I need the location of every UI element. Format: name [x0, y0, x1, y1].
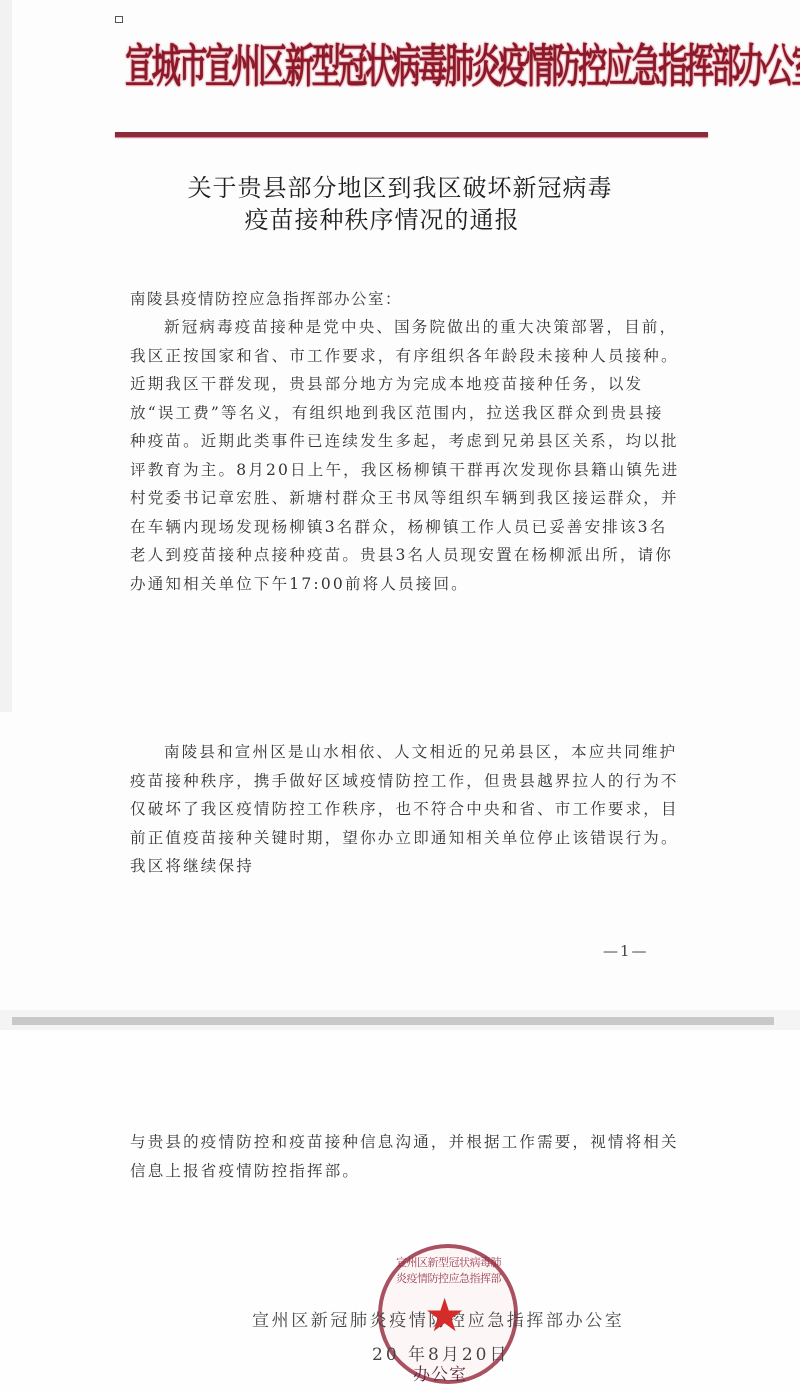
letterhead-red-rule [115, 132, 708, 137]
body-paragraph-1: 新冠病毒疫苗接种是党中央、国务院做出的重大决策部署，目前，我区正按国家和省、市工… [130, 313, 680, 598]
body-paragraph-3: 与贵县的疫情防控和疫苗接种信息沟通，并根据工作需要，视情将相关信息上报省疫情防控… [130, 1128, 680, 1185]
body-paragraph-2: 南陵县和宣州区是山水相依、人文相近的兄弟县区，本应共同维护疫苗接种秩序，携手做好… [130, 738, 680, 881]
star-icon: ★ [424, 1292, 465, 1338]
document-title-line-1: 关于贵县部分地区到我区破坏新冠病毒 [0, 168, 800, 203]
corner-mark-icon [115, 16, 123, 23]
addressee: 南陵县疫情防控应急指挥部办公室： [130, 285, 680, 314]
document-title-line-2: 疫苗接种秩序情况的通报 [0, 200, 782, 235]
page-number: —1— [603, 942, 649, 960]
page-divider [12, 1017, 774, 1025]
seal-ring-text: 宣州区新型冠状病毒肺炎疫情防控应急指挥部 [391, 1254, 506, 1286]
page-shadow [0, 0, 12, 712]
seal-bottom-text: 办公室 [413, 1360, 467, 1385]
letterhead-org-name: 宣城市宣州区新型冠状病毒肺炎疫情防控应急指挥部办公室 [125, 6, 624, 128]
document-page-1: 宣城市宣州区新型冠状病毒肺炎疫情防控应急指挥部办公室 关于贵县部分地区到我区破坏… [0, 0, 800, 1010]
